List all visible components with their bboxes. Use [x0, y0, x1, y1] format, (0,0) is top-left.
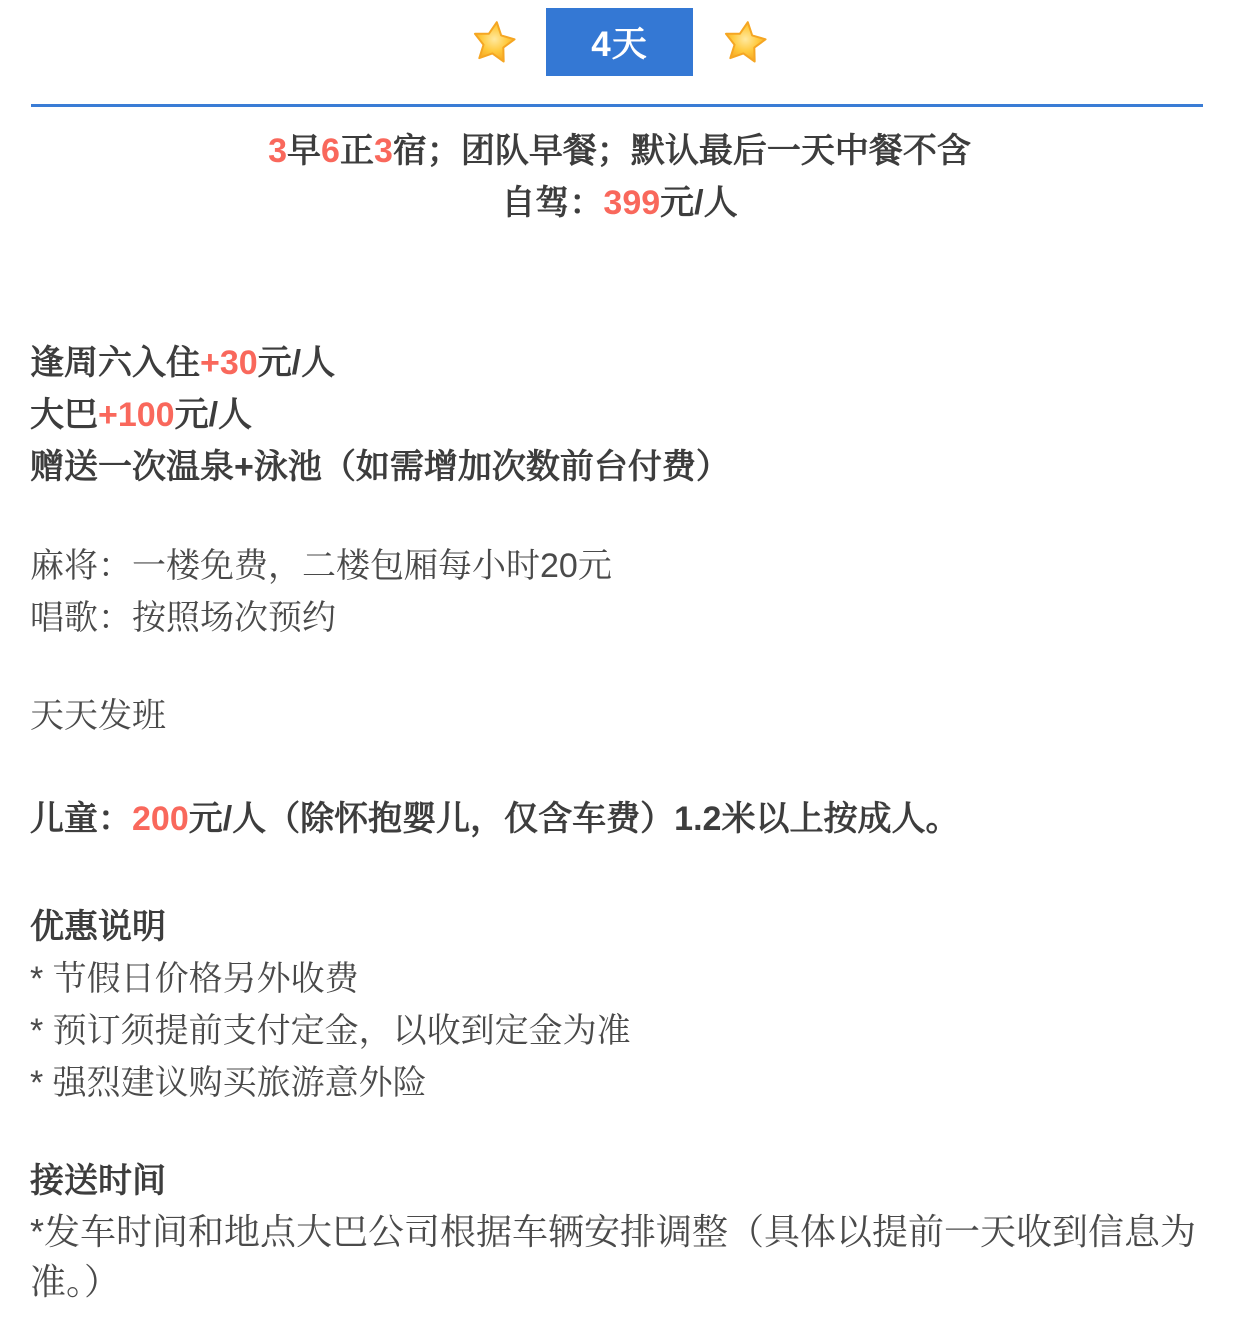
duration-header: 4天: [0, 0, 1239, 76]
child-policy: 儿童：200元/人（除怀抱婴儿，仅含车费）1.2米以上按成人。: [30, 793, 1205, 845]
discount-item: * 强烈建议购买旅游意外险: [30, 1057, 1205, 1109]
accent-text: +100: [98, 396, 175, 434]
pickup-section: 接送时间 *发车时间和地点大巴公司根据车辆安排调整（具体以提前一天收到信息为准。…: [30, 1155, 1205, 1307]
accent-text: 200: [132, 800, 189, 838]
plain-text: 元/人（除怀抱婴儿，仅含车费）1.2米以上按成人。: [189, 800, 960, 838]
discount-item: * 预订须提前支付定金，以收到定金为准: [30, 1005, 1205, 1057]
bus-surcharge: 大巴+100元/人: [30, 389, 1205, 441]
plain-text: 逢周六入住: [30, 344, 200, 382]
tour-pricing-page: 4天 3早6正3宿；团队早餐；默认最后一天中餐不含 自驾：399元/人 逢周六入…: [0, 0, 1239, 1339]
accent-text: 6: [321, 132, 340, 170]
pickup-title: 接送时间: [30, 1155, 1205, 1207]
plain-text: 正: [340, 132, 374, 170]
hot-spring-bonus: 赠送一次温泉+泳池（如需增加次数前台付费）: [30, 441, 1205, 493]
departure-schedule: 天天发班: [30, 690, 1205, 742]
accent-text: 3: [374, 132, 393, 170]
saturday-surcharge: 逢周六入住+30元/人: [30, 337, 1205, 389]
plain-text: 元/人: [258, 344, 335, 382]
discount-title: 优惠说明: [30, 901, 1205, 953]
plain-text: 自驾：: [501, 184, 603, 222]
plain-text: 早: [287, 132, 321, 170]
plain-text: 宿；团队早餐；默认最后一天中餐不含: [393, 132, 971, 170]
star-icon: [470, 18, 518, 66]
plain-text: 赠送一次温泉+泳池（如需增加次数前台付费）: [30, 448, 730, 486]
accent-text: +30: [200, 344, 258, 382]
discount-item: * 节假日价格另外收费: [30, 953, 1205, 1005]
meals-summary: 3早6正3宿；团队早餐；默认最后一天中餐不含: [0, 125, 1239, 177]
mahjong-info: 麻将：一楼免费，二楼包厢每小时20元: [30, 540, 1205, 592]
duration-badge: 4天: [546, 8, 693, 76]
surcharge-section: 逢周六入住+30元/人 大巴+100元/人 赠送一次温泉+泳池（如需增加次数前台…: [30, 337, 1205, 493]
star-icon: [721, 18, 769, 66]
plain-text: 元/人: [175, 396, 252, 434]
self-drive-price: 自驾：399元/人: [0, 177, 1239, 229]
plain-text: 儿童：: [30, 800, 132, 838]
header-divider: [31, 104, 1203, 107]
karaoke-info: 唱歌：按照场次预约: [30, 592, 1205, 644]
discount-section: 优惠说明 * 节假日价格另外收费 * 预订须提前支付定金，以收到定金为准 * 强…: [30, 901, 1205, 1109]
amenity-section: 麻将：一楼免费，二楼包厢每小时20元 唱歌：按照场次预约: [30, 540, 1205, 644]
accent-text: 399: [603, 184, 660, 222]
child-policy-section: 儿童：200元/人（除怀抱婴儿，仅含车费）1.2米以上按成人。: [30, 793, 1205, 845]
pickup-note: *发车时间和地点大巴公司根据车辆安排调整（具体以提前一天收到信息为准。）: [30, 1207, 1205, 1307]
details-content: 逢周六入住+30元/人 大巴+100元/人 赠送一次温泉+泳池（如需增加次数前台…: [0, 337, 1239, 1307]
accent-text: 3: [268, 132, 287, 170]
schedule-section: 天天发班: [30, 690, 1205, 742]
plain-text: 大巴: [30, 396, 98, 434]
plain-text: 元/人: [660, 184, 737, 222]
